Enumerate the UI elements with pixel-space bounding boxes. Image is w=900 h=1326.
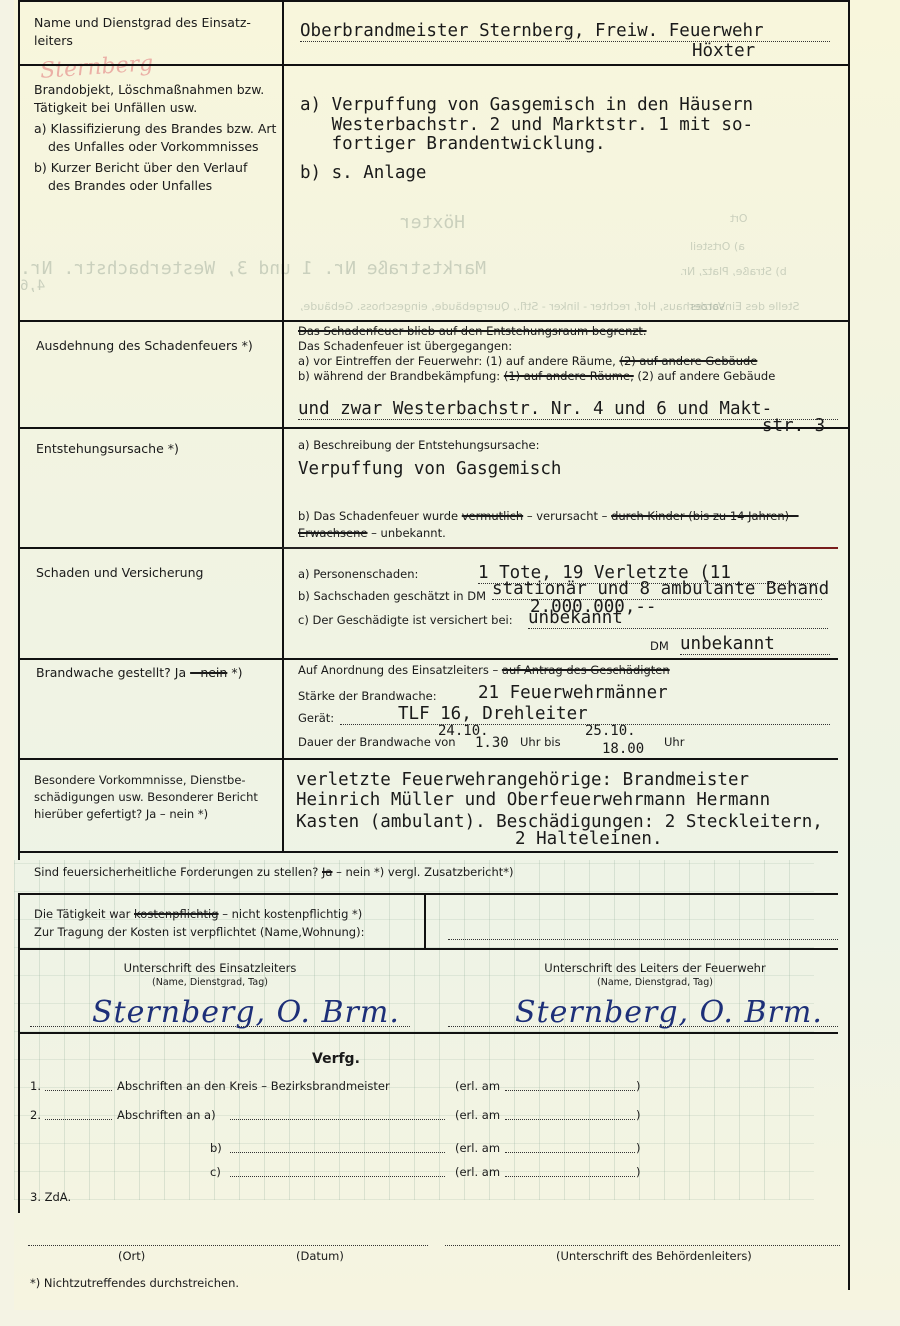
verfg-2-erl: (erl. am (455, 1107, 500, 1124)
bleedthrough-strasse-label: b) Straße, Platz, Nr. (680, 265, 787, 278)
verfg-2c-date[interactable] (505, 1176, 635, 1177)
schaden-label: Schaden und Versicherung (36, 564, 203, 582)
verfg-2b-date[interactable] (505, 1152, 635, 1153)
kosten-input-line[interactable] (448, 938, 838, 940)
bleedthrough-gebaeude: Vorderhaus, Hof, rechter - linker - Stfl… (300, 300, 725, 313)
row-divider (18, 64, 848, 66)
verfg-2b-recipient[interactable] (230, 1152, 445, 1153)
dauer-to-time[interactable]: 18.00 (602, 740, 644, 759)
sig-right-title: Unterschrift des Leiters der Feuerwehr (510, 960, 800, 977)
brandobjekt-label: Brandobjekt, Löschmaßnahmen bzw. Tätigke… (34, 81, 284, 195)
footer-unterschrift: (Unterschrift des Behördenleiters) (556, 1248, 752, 1265)
sig-left-line[interactable] (30, 1025, 410, 1027)
verfg-2-close: ) (636, 1107, 641, 1124)
verfg-2b-erl: (erl. am (455, 1140, 500, 1157)
dauer-label: Dauer der Brandwache von (298, 734, 456, 751)
row-divider (18, 893, 838, 895)
sig-right-line[interactable] (448, 1025, 838, 1027)
ausdehnung-value-cont[interactable]: str. 3 (762, 417, 825, 436)
row-divider (18, 758, 838, 760)
row-divider (18, 1032, 838, 1034)
row-divider (18, 948, 838, 950)
bleedthrough-ort: Höxter (400, 212, 465, 233)
behoerdenleiter-line[interactable] (445, 1245, 840, 1246)
sachschaden-label: b) Sachschaden geschätzt in DM (298, 588, 486, 605)
forderungen: Sind feuersicherheitliche Forderungen zu… (34, 864, 514, 881)
personenschaden-label: a) Personenschaden: (298, 566, 418, 583)
verfg-1-text: Abschriften an den Kreis – Bezirksbrandm… (117, 1078, 390, 1095)
sig-left-title: Unterschrift des Einsatzleiters (80, 960, 340, 977)
verfg-1-close: ) (636, 1078, 641, 1095)
anordnung: Auf Anordnung des Einsatzleiters – auf A… (298, 662, 670, 679)
entstehungsursache-b: b) Das Schadenfeuer wurde vermutlich – v… (298, 508, 818, 542)
verfg-title: Verfg. (312, 1050, 360, 1068)
footer-ort: (Ort) (118, 1248, 145, 1265)
brandobjekt-value-a3[interactable]: fortiger Brandentwicklung. (300, 135, 606, 154)
dauer-from-time[interactable]: 1.30 (475, 734, 509, 753)
row-divider (18, 658, 838, 660)
row-divider-red (282, 547, 838, 549)
vorkommnisse-label: Besondere Vorkommnisse, Dienstbe- schädi… (34, 772, 258, 823)
row-divider (18, 0, 850, 2)
staerke-label: Stärke der Brandwache: (298, 688, 437, 705)
kosten-line1: Die Tätigkeit war kostenpflichtig – nich… (34, 906, 362, 923)
row-divider (18, 427, 848, 429)
bleedthrough-ort-label: Ort (730, 212, 748, 225)
border-right (848, 0, 850, 1290)
uhr-label: Uhr (664, 734, 684, 751)
row-divider (18, 851, 838, 853)
verfg-1-count[interactable] (45, 1090, 112, 1091)
verfg-2c-recipient[interactable] (230, 1176, 445, 1177)
verfg-1-erl: (erl. am (455, 1078, 500, 1095)
dm-label: DM (650, 638, 669, 655)
bleedthrough-stelle-label: Stelle des Einsatzes (690, 300, 799, 313)
brandobjekt-value-a1[interactable]: a) Verpuffung von Gasgemisch in den Häus… (300, 96, 753, 115)
bleedthrough-ortsteil-label: a) Ortsteil (690, 240, 745, 253)
footer-datum: (Datum) (296, 1248, 344, 1265)
verfg-2-num: 2. (30, 1107, 41, 1124)
row-divider (18, 320, 848, 322)
verfg-1-date[interactable] (505, 1090, 635, 1091)
ausdehnung-value[interactable]: und zwar Westerbachstr. Nr. 4 und 6 und … (298, 400, 838, 420)
entstehungsursache-label: Entstehungsursache *) (36, 440, 179, 458)
cost-divider (424, 893, 426, 949)
verfg-2-count[interactable] (45, 1119, 112, 1120)
verfg-2c-erl: (erl. am (455, 1164, 500, 1181)
vorkommnisse-value-1[interactable]: verletzte Feuerwehrangehörige: Brandmeis… (296, 771, 749, 790)
dauer-to-date[interactable]: 25.10. (585, 722, 636, 741)
verfg-2b-close: ) (636, 1140, 641, 1157)
sig-right-sub: (Name, Dienstgrad, Tag) (510, 976, 800, 989)
vorkommnisse-value-2[interactable]: Heinrich Müller und Oberfeuerwehrmann He… (296, 791, 770, 810)
entstehungsursache-a-value[interactable]: Verpuffung von Gasgemisch (298, 460, 561, 479)
bleedthrough-strasse-nr: 4,6 (20, 278, 45, 294)
versichert-label: c) Der Geschädigte ist versichert bei: (298, 612, 513, 629)
einsatzleiter-value[interactable]: Oberbrandmeister Sternberg, Freiw. Feuer… (300, 22, 830, 42)
bleedthrough-strasse: Marktstraße Nr. 1 und 3, Westerbachstr. … (20, 258, 486, 279)
einsatzleiter-label: Name und Dienstgrad des Einsatz- leiters (34, 14, 274, 50)
einsatzleiter-value-city[interactable]: Höxter (692, 42, 755, 61)
staerke-value[interactable]: 21 Feuerwehrmänner (478, 684, 668, 703)
ausdehnung-label: Ausdehnung des Schadenfeuers *) (36, 337, 253, 355)
border-left-lower (18, 893, 20, 1213)
dm-value[interactable]: unbekannt (680, 635, 830, 655)
verfg-2c-text: c) (210, 1164, 221, 1181)
verfg-zda: 3. ZdA. (30, 1189, 71, 1206)
versichert-value[interactable]: unbekannt (528, 609, 828, 629)
brandobjekt-value-a2[interactable]: Westerbachstr. 2 und Marktstr. 1 mit so- (300, 116, 753, 135)
vorkommnisse-value-4[interactable]: 2 Halteleinen. (515, 830, 663, 849)
ort-datum-line[interactable] (28, 1245, 428, 1246)
kosten-line2: Zur Tragung der Kosten ist verpflichtet … (34, 924, 364, 941)
ausdehnung-option-b: b) während der Brandbekämpfung: (1) auf … (298, 368, 775, 385)
entstehungsursache-a-label: a) Beschreibung der Entstehungsursache: (298, 437, 540, 454)
geraet-label: Gerät: (298, 710, 334, 727)
sig-left-sub: (Name, Dienstgrad, Tag) (80, 976, 340, 989)
verfg-2a-recipient[interactable] (230, 1119, 445, 1120)
border-left (18, 0, 20, 860)
brandobjekt-value-b[interactable]: b) s. Anlage (300, 164, 426, 183)
verfg-2-date[interactable] (505, 1119, 635, 1120)
verfg-1-num: 1. (30, 1078, 41, 1095)
row-divider (18, 547, 283, 549)
uhr-bis-label: Uhr bis (520, 734, 561, 751)
brandwache-label: Brandwache gestellt? Ja – nein *) (36, 664, 242, 682)
footer-footnote: *) Nichtzutreffendes durchstreichen. (30, 1275, 239, 1292)
verfg-2-text: Abschriften an a) (117, 1107, 216, 1124)
verfg-2c-close: ) (636, 1164, 641, 1181)
verfg-2b-text: b) (210, 1140, 222, 1157)
